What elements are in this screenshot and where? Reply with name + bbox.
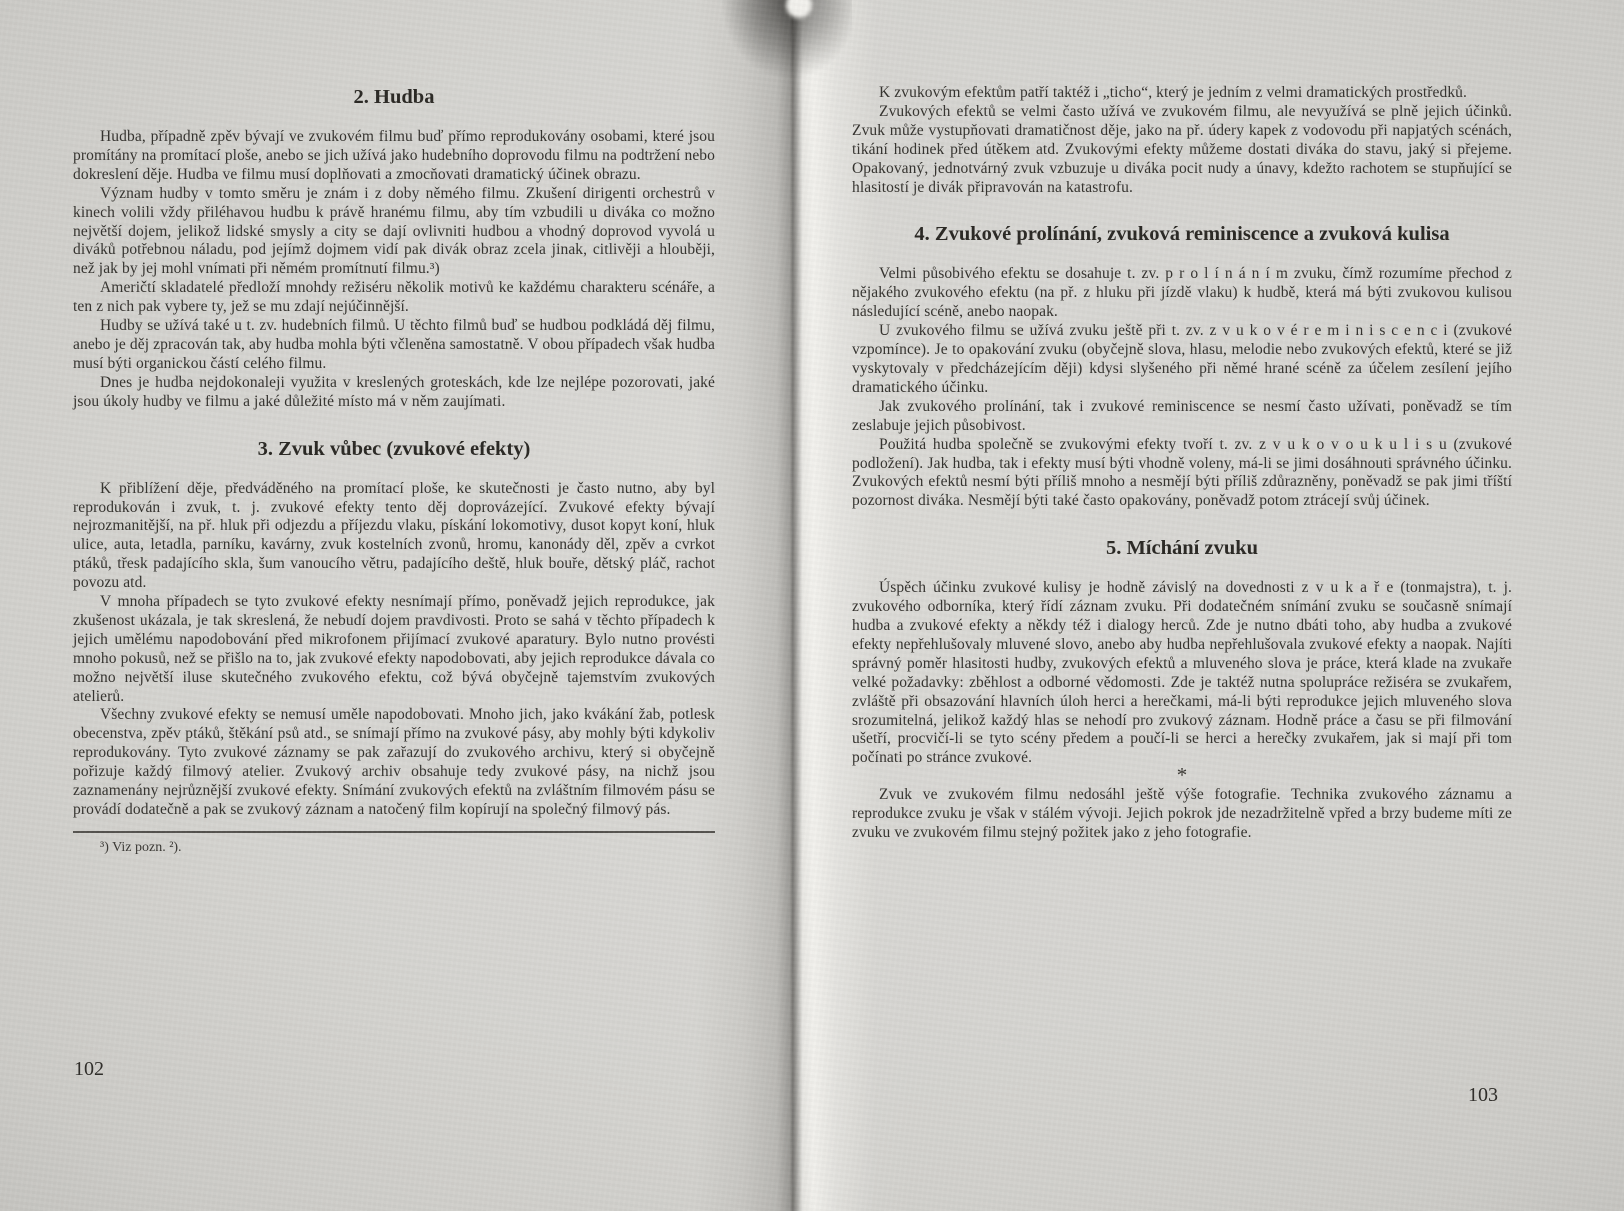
paragraph-zvuk-1: K přiblížení děje, předváděného na promí… — [73, 480, 715, 593]
paragraph-zvuk-3: Všechny zvukové efekty se nemusí uměle n… — [73, 706, 715, 819]
paragraph-zvuk-2: V mnoha případech se tyto zvukové efekty… — [73, 593, 715, 706]
paragraph-hudba-2: Význam hudby v tomto směru je znám i z d… — [73, 185, 715, 280]
paragraph-hudba-5: Dnes je hudba nejdokonaleji využita v kr… — [73, 374, 715, 412]
footnote-rule — [73, 831, 715, 833]
paragraph-michani: Úspěch účinku zvukové kulisy je hodně zá… — [852, 579, 1512, 768]
footnote-text: ³) Viz pozn. ²). — [100, 840, 715, 856]
heading-zvuk-vubec: 3. Zvuk vůbec (zvukové efekty) — [73, 436, 715, 462]
asterisk-divider: * — [852, 769, 1512, 783]
page-number-right: 103 — [1468, 1084, 1498, 1107]
heading-michani: 5. Míchání zvuku — [852, 535, 1512, 561]
paragraph-zaver: Zvuk ve zvukovém filmu nedosáhl ještě vý… — [852, 786, 1512, 843]
book-spread: 2. Hudba Hudba, případně zpěv bývají ve … — [0, 0, 1624, 1211]
page-left: 2. Hudba Hudba, případně zpěv bývají ve … — [73, 84, 715, 856]
heading-hudba: 2. Hudba — [73, 84, 715, 110]
paragraph-hudba-4: Hudby se užívá také u t. zv. hudebních f… — [73, 317, 715, 374]
paragraph-ticho: K zvukovým efektům patří taktéž i „ticho… — [852, 84, 1512, 103]
page-right: K zvukovým efektům patří taktéž i „ticho… — [852, 84, 1512, 843]
heading-prolinani: 4. Zvukové prolínání, zvuková reminiscen… — [902, 221, 1462, 247]
paragraph-hudba-1: Hudba, případně zpěv bývají ve zvukovém … — [73, 128, 715, 185]
paragraph-efekty-uziti: Zvukových efektů se velmi často užívá ve… — [852, 103, 1512, 198]
page-number-left: 102 — [74, 1058, 104, 1081]
paragraph-reminiscence: U zvukového filmu se užívá zvuku ještě p… — [852, 322, 1512, 398]
paragraph-prolinani-2: Jak zvukového prolínání, tak i zvukové r… — [852, 398, 1512, 436]
paragraph-hudba-3: Američtí skladatelé předloží mnohdy reži… — [73, 279, 715, 317]
paragraph-kulisa: Použitá hudba společně se zvukovými efek… — [852, 436, 1512, 512]
paragraph-prolinani-1: Velmi působivého efektu se dosahuje t. z… — [852, 265, 1512, 322]
